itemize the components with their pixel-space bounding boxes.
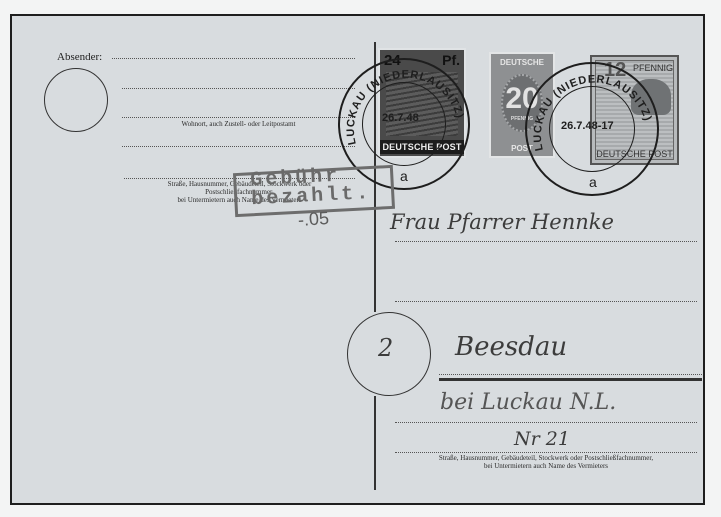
sender-residence-caption: Wohnort, auch Zustell- oder Leitpostamt	[122, 120, 355, 128]
recipient-locality: bei Luckau N.L.	[440, 390, 616, 415]
recipient-line-3	[395, 422, 697, 423]
recipient-street-caption: Straße, Hausnummer, Gebäudeteil, Stockwe…	[395, 454, 697, 470]
postcard: Absender: Wohnort, auch Zustell- oder Le…	[10, 14, 705, 505]
recipient-house-number: Nr 21	[514, 428, 570, 450]
sender-line-1	[112, 58, 355, 59]
svg-text:LUCKAU (NIEDERLAUSITZ): LUCKAU (NIEDERLAUSITZ)	[345, 69, 466, 146]
recipient-town-dotted	[439, 374, 702, 375]
sender-line-3	[122, 117, 355, 118]
sender-label: Absender:	[57, 51, 102, 63]
fee-amount: -.05	[297, 208, 329, 231]
postmark-2: 26.7.48-17 a LUCKAU (NIEDERLAUSITZ)	[525, 62, 659, 196]
recipient-line-4	[395, 452, 697, 453]
sender-postal-zone-circle	[44, 68, 108, 132]
sender-line-4	[122, 146, 355, 147]
recipient-town: Beesdau	[455, 332, 567, 362]
svg-text:LUCKAU (NIEDERLAUSITZ): LUCKAU (NIEDERLAUSITZ)	[532, 73, 654, 151]
postmark-2-ring-text: LUCKAU (NIEDERLAUSITZ)	[527, 64, 661, 198]
recipient-line-1	[395, 241, 697, 242]
recipient-name: Frau Pfarrer Hennke	[390, 210, 614, 234]
divider-line-lower	[374, 396, 376, 490]
recipient-town-underline	[439, 378, 702, 381]
recipient-postal-zone: 2	[378, 334, 393, 362]
recipient-line-2	[395, 301, 697, 302]
sender-line-2	[122, 88, 355, 89]
